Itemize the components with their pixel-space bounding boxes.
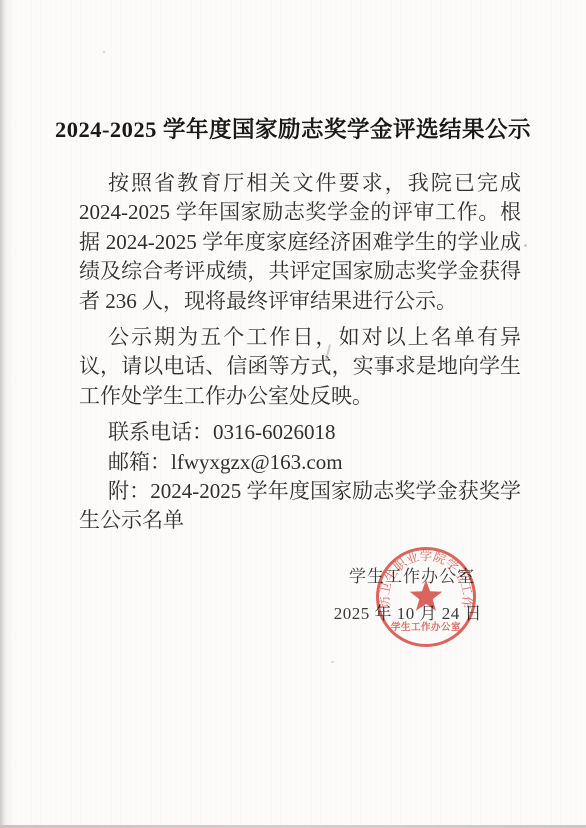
scan-speck [103, 51, 105, 53]
contact-email-line: 邮箱：lfwyxgzx@163.com [79, 448, 521, 477]
phone-number: 0316-6026018 [213, 420, 336, 444]
email-label: 邮箱： [108, 450, 171, 474]
body-paragraph-1: 按照省教育厅相关文件要求，我院已完成 2024-2025 学年国家励志奖学金的评… [79, 169, 521, 316]
contact-phone-line: 联系电话：0316-6026018 [79, 418, 521, 447]
phone-label: 联系电话： [108, 420, 213, 444]
signature-block: 学生工作办公室 2025 年 10 月 24 日 [334, 562, 482, 624]
document-body: 按照省教育厅相关文件要求，我院已完成 2024-2025 学年国家励志奖学金的评… [79, 169, 521, 536]
signature-office: 学生工作办公室 [334, 562, 475, 587]
scan-speck [331, 661, 334, 663]
attachment-note-line: 附：2024-2025 学年度国家励志奖学金获奖学生公示名单 [79, 477, 521, 536]
body-paragraph-2: 公示期为五个工作日，如对以上名单有异议，请以电话、信函等方式，实事求是地向学生工… [79, 323, 521, 411]
document-title: 2024-2025 学年度国家励志奖学金评选结果公示 [0, 112, 586, 144]
scanned-document-page: 2024-2025 学年度国家励志奖学金评选结果公示 按照省教育厅相关文件要求，… [0, 0, 586, 828]
email-address: lfwyxgzx@163.com [171, 450, 343, 474]
signature-date: 2025 年 10 月 24 日 [334, 599, 482, 624]
scan-speck [524, 244, 527, 247]
